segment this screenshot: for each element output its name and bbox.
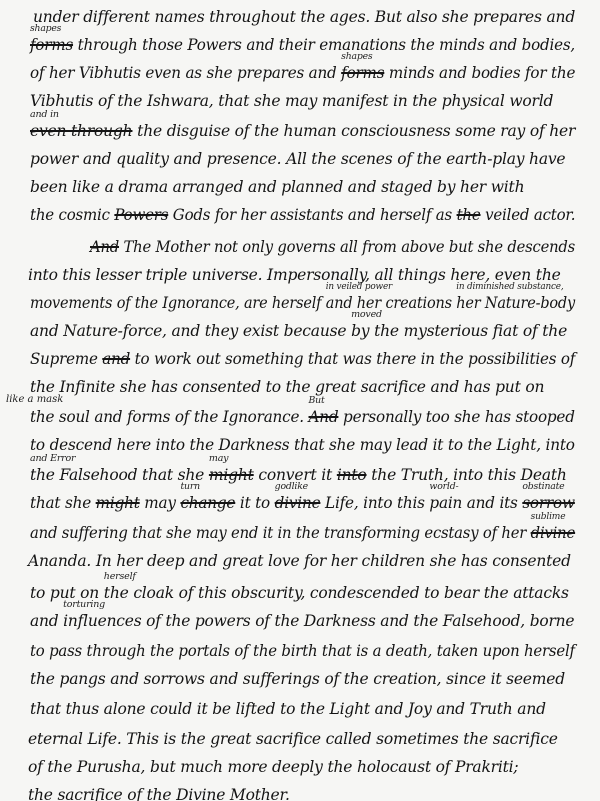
manuscript-line: and suffering that she may end it in the…	[30, 524, 575, 542]
struck-word: AndBut	[309, 408, 339, 426]
text-segment: her Nature-bodyin diminished substance,	[456, 294, 575, 312]
text-segment: eternal Life. This is the great sacrific…	[28, 730, 558, 748]
manuscript-line: the Infinite she has consented to the gr…	[30, 378, 544, 396]
manuscript-line: Vibhutis of the Ishwara, that she may ma…	[30, 92, 553, 110]
interlinear-insertion: and Error	[30, 453, 75, 464]
text-segment: minds and bodies for the	[384, 64, 575, 82]
text-segment: through those Powers and their emanation…	[73, 36, 575, 54]
text-segment: Gods for her assistants and herself as	[168, 206, 456, 224]
text-segment: theherself	[104, 584, 129, 602]
manuscript-line: formsshapes through those Powers and the…	[30, 36, 575, 54]
margin-note: like a mask	[6, 394, 63, 405]
text-segment: the cosmic	[30, 206, 114, 224]
text-segment: of the powers of the Darkness and the Fa…	[141, 612, 574, 630]
text-segment: to pass through the portals of the birth…	[30, 642, 575, 660]
interlinear-insertion: may	[209, 453, 228, 464]
interlinear-insertion: But	[309, 395, 325, 406]
interlinear-insertion: world-	[429, 481, 458, 492]
manuscript-line: of the Purusha, but much more deeply the…	[28, 758, 518, 776]
text-segment: the disguise of the human consciousness …	[132, 122, 575, 140]
manuscript-page: under different names throughout the age…	[0, 0, 600, 801]
manuscript-line: the soul and forms of the Ignorance. And…	[30, 408, 575, 426]
text-segment: The Mother not only governs all from abo…	[119, 238, 575, 256]
text-segment: of her Vibhutis even as she prepares and	[30, 64, 341, 82]
interlinear-insertion: in veiled power	[326, 281, 392, 292]
interlinear-insertion: sublime	[531, 511, 566, 522]
struck-word: might	[96, 494, 140, 512]
text-segment: the Infinite she has consented to the gr…	[30, 378, 544, 396]
manuscript-line: to descend here into the Darkness that s…	[30, 436, 575, 454]
manuscript-line: Ananda. In her deep and great love for h…	[28, 552, 571, 570]
text-segment: veiled actor.	[481, 206, 576, 224]
interlinear-insertion: obstinate	[522, 481, 564, 492]
text-segment: power and quality and presence. All the …	[30, 150, 565, 168]
struck-word: changeturn	[180, 494, 235, 512]
manuscript-line: the pangs and sorrows and sufferings of …	[30, 670, 565, 688]
manuscript-line: even throughand in the disguise of the h…	[30, 122, 575, 140]
text-segment: movements of the Ignorance, are herself	[30, 294, 326, 312]
text-segment: influencestorturing	[63, 612, 141, 630]
text-segment: Life, into this	[320, 494, 429, 512]
manuscript-line: the sacrifice of the Divine Mother.	[28, 786, 290, 801]
manuscript-line: movements of the Ignorance, are herself …	[30, 294, 575, 312]
struck-word: divinegodlike	[275, 494, 321, 512]
interlinear-insertion: shapes	[30, 23, 61, 34]
text-segment: by the mysterious fiat of themoved	[351, 322, 567, 340]
text-segment: Ananda. In her deep and great love for h…	[28, 552, 571, 570]
manuscript-line: Supreme and to work out something that w…	[30, 350, 575, 368]
text-segment: to work out something that was there in …	[130, 350, 575, 368]
interlinear-insertion: shapes	[341, 51, 372, 62]
text-segment: that she	[30, 494, 96, 512]
manuscript-line: And The Mother not only governs all from…	[90, 238, 575, 256]
interlinear-insertion: moved	[351, 309, 382, 320]
text-segment: and	[30, 612, 63, 630]
text-segment: may	[140, 494, 181, 512]
text-segment: personally too she has stooped	[338, 408, 574, 426]
struck-word: and	[102, 350, 130, 368]
manuscript-line: the cosmic Powers Gods for her assistant…	[30, 206, 575, 224]
manuscript-line: to pass through the portals of the birth…	[30, 642, 575, 660]
struck-word: sorrowobstinate	[522, 494, 575, 512]
struck-word: formsshapes	[30, 36, 73, 54]
interlinear-insertion: herself	[104, 571, 136, 582]
text-segment: been like a drama arranged and planned a…	[30, 178, 524, 196]
manuscript-line: and Nature-force, and they exist because…	[30, 322, 567, 340]
interlinear-insertion: in diminished substance,	[456, 281, 563, 292]
struck-word: even throughand in	[30, 122, 132, 140]
struck-word: mightmay	[209, 466, 254, 484]
interlinear-insertion: turn	[180, 481, 199, 492]
manuscript-line: and influencestorturing of the powers of…	[30, 612, 574, 630]
text-segment: painworld-	[429, 494, 462, 512]
text-segment: to descend here into the Darkness that s…	[30, 436, 575, 454]
struck-word: formsshapes	[341, 64, 384, 82]
text-segment: Vibhutis of the Ishwara, that she may ma…	[30, 92, 553, 110]
struck-word: divinesublime	[531, 524, 575, 542]
text-segment: the sacrifice of the Divine Mother.	[28, 786, 290, 801]
interlinear-insertion: godlike	[275, 481, 308, 492]
manuscript-line: been like a drama arranged and planned a…	[30, 178, 524, 196]
text-segment: Supreme	[30, 350, 102, 368]
text-segment: the soul and forms of the Ignorance.	[30, 408, 309, 426]
manuscript-line: eternal Life. This is the great sacrific…	[28, 730, 558, 748]
struck-word: Powers	[114, 206, 168, 224]
struck-word: And	[90, 238, 119, 256]
manuscript-line: that thus alone could it be lifted to th…	[30, 700, 546, 718]
interlinear-insertion: and in	[30, 109, 59, 120]
text-segment: of the Purusha, but much more deeply the…	[28, 758, 518, 776]
interlinear-insertion: torturing	[63, 599, 105, 610]
text-segment: the pangs and sorrows and sufferings of …	[30, 670, 565, 688]
manuscript-line: to put on theherself cloak of this obscu…	[30, 584, 569, 602]
text-segment: and her creationsin veiled power	[326, 294, 452, 312]
text-segment: and suffering that she may end it in the…	[30, 524, 531, 542]
struck-word: the	[457, 206, 481, 224]
text-segment: that thus alone could it be lifted to th…	[30, 700, 546, 718]
manuscript-line: that she might may changeturn it to divi…	[30, 494, 575, 512]
manuscript-line: of her Vibhutis even as she prepares and…	[30, 64, 575, 82]
text-segment: it to	[235, 494, 274, 512]
manuscript-line: power and quality and presence. All the …	[30, 150, 565, 168]
manuscript-line: under different names throughout the age…	[33, 8, 575, 26]
text-segment: under different names throughout the age…	[33, 8, 575, 26]
struck-word: into	[337, 466, 367, 484]
text-segment: and its	[462, 494, 522, 512]
text-segment: and Nature-force, and they exist because	[30, 322, 351, 340]
text-segment: cloak of this obscurity, condescended to…	[129, 584, 569, 602]
text-segment: the Falsehoodand Error	[30, 466, 137, 484]
